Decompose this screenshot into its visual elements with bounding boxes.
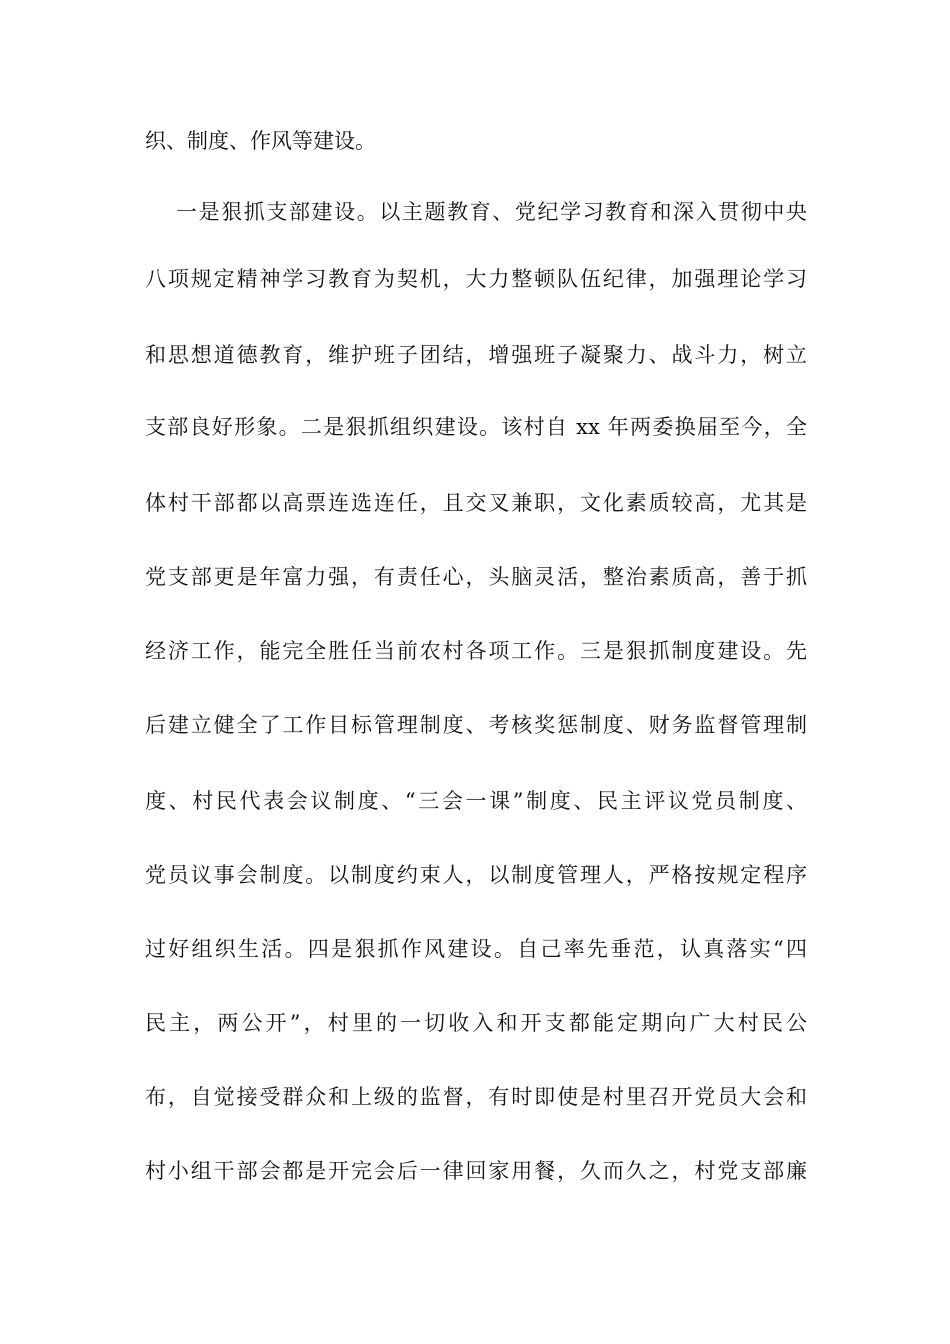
text-line: 党员议事会制度。以制度约束人，以制度管理人，严格按规定程序 bbox=[145, 858, 807, 892]
text-line: 过好组织生活。四是狠抓作风建设。自己率先垂范，认真落实“四 bbox=[145, 932, 807, 966]
text-line: 经济工作，能完全胜任当前农村各项工作。三是狠抓制度建设。先 bbox=[145, 634, 807, 668]
text-line: 村小组干部会都是开完会后一律回家用餐，久而久之，村党支部廉 bbox=[145, 1154, 807, 1188]
text-line: 织、制度、作风等建设。 bbox=[145, 124, 807, 158]
text-line: 支部良好形象。二是狠抓组织建设。该村自 xx 年两委换届至今，全 bbox=[145, 410, 807, 444]
text-line: 布，自觉接受群众和上级的监督，有时即使是村里召开党员大会和 bbox=[145, 1080, 807, 1114]
text-line: 党支部更是年富力强，有责任心，头脑灵活，整治素质高，善于抓 bbox=[145, 560, 807, 594]
paragraph-start-line: 一是狠抓支部建设。以主题教育、党纪学习教育和深入贯彻中央 bbox=[176, 195, 807, 229]
text-line: 度、村民代表会议制度、“三会一课”制度、民主评议党员制度、 bbox=[145, 784, 807, 818]
text-line: 八项规定精神学习教育为契机，大力整顿队伍纪律，加强理论学习 bbox=[145, 262, 807, 296]
text-line: 后建立健全了工作目标管理制度、考核奖惩制度、财务监督管理制 bbox=[145, 708, 807, 742]
document-page: 织、制度、作风等建设。 一是狠抓支部建设。以主题教育、党纪学习教育和深入贯彻中央… bbox=[0, 0, 950, 1344]
text-line: 体村干部都以高票连选连任，且交叉兼职，文化素质较高，尤其是 bbox=[145, 486, 807, 520]
text-line: 和思想道德教育，维护班子团结，增强班子凝聚力、战斗力，树立 bbox=[145, 338, 807, 372]
text-line: 民主，两公开”，村里的一切收入和开支都能定期向广大村民公 bbox=[145, 1006, 807, 1040]
